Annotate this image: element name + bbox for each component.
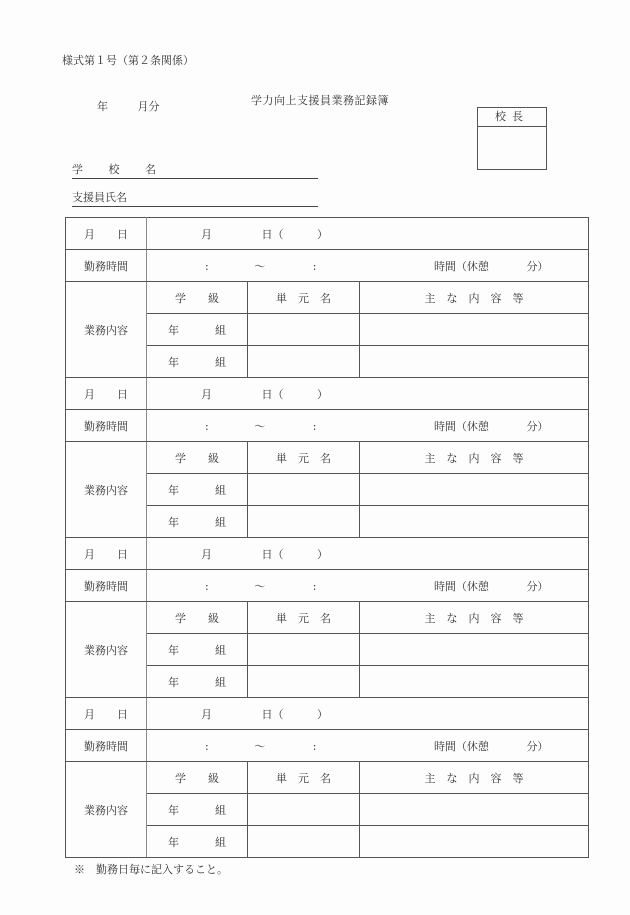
tilde: 〜: [254, 418, 265, 434]
day-unit: 日（: [262, 706, 284, 722]
principal-header: 校長: [478, 108, 546, 127]
main-content-header: 主 な 内 容 等: [360, 442, 589, 474]
school-name-field[interactable]: 学 校 名: [72, 162, 318, 179]
date-label: 月 日: [66, 698, 147, 730]
date-row: 月 日 月 日（ ）: [66, 698, 589, 730]
main-content-cell[interactable]: [360, 666, 589, 698]
work-hours-label: 勤務時間: [66, 410, 147, 442]
end-colon: :: [313, 580, 317, 593]
main-content-header: 主 な 内 容 等: [360, 602, 589, 634]
work-hours-value[interactable]: : 〜 : 時間（休憩 分）: [147, 570, 589, 602]
weekday-close: ）: [317, 546, 328, 562]
date-value[interactable]: 月 日（ ）: [147, 378, 589, 410]
date-label: 月 日: [66, 538, 147, 570]
year-unit: 年: [168, 516, 179, 529]
main-content-cell[interactable]: [360, 506, 589, 538]
tilde: 〜: [254, 258, 265, 274]
work-content-label: 業務内容: [66, 282, 147, 378]
main-content-header: 主 な 内 容 等: [360, 762, 589, 794]
year-label: 年: [97, 100, 108, 113]
minutes-label: 分）: [526, 738, 548, 754]
minutes-label: 分）: [526, 418, 548, 434]
form-number: 様式第１号（第２条関係）: [62, 52, 194, 68]
record-table: 月 日 月 日（ ） 勤務時間 : 〜 : 時間（休憩 分） 業務内容 学 級 …: [65, 217, 589, 858]
group-unit: 組: [215, 676, 226, 689]
content-header-row: 業務内容 学 級 単 元 名 主 な 内 容 等: [66, 602, 589, 634]
group-unit: 組: [215, 324, 226, 337]
year-unit: 年: [168, 676, 179, 689]
work-hours-label: 勤務時間: [66, 570, 147, 602]
date-label: 月 日: [66, 218, 147, 250]
year-unit: 年: [168, 836, 179, 849]
weekday-close: ）: [317, 386, 328, 402]
month-unit: 月: [201, 386, 212, 402]
document-title: 学力向上支援員業務記録簿: [251, 92, 389, 108]
weekday-close: ）: [317, 706, 328, 722]
work-content-label: 業務内容: [66, 602, 147, 698]
school-name-label: 学 校 名: [72, 163, 167, 176]
hours-row: 勤務時間 : 〜 : 時間（休憩 分）: [66, 730, 589, 762]
work-content-label: 業務内容: [66, 762, 147, 858]
unit-name-cell[interactable]: [248, 346, 360, 378]
class-cell[interactable]: 年組: [147, 314, 248, 346]
work-hours-value[interactable]: : 〜 : 時間（休憩 分）: [147, 250, 589, 282]
class-cell[interactable]: 年組: [147, 826, 248, 858]
unit-name-header: 単 元 名: [248, 762, 360, 794]
staff-name-label: 支援員氏名: [72, 191, 127, 204]
year-unit: 年: [168, 644, 179, 657]
work-hours-label: 勤務時間: [66, 730, 147, 762]
principal-approval-box: 校長: [477, 107, 547, 170]
main-content-cell[interactable]: [360, 794, 589, 826]
group-unit: 組: [215, 516, 226, 529]
class-header: 学 級: [147, 282, 248, 314]
main-content-cell[interactable]: [360, 314, 589, 346]
content-header-row: 業務内容 学 級 単 元 名 主 な 内 容 等: [66, 762, 589, 794]
date-value[interactable]: 月 日（ ）: [147, 538, 589, 570]
work-hours-label: 勤務時間: [66, 250, 147, 282]
group-unit: 組: [215, 356, 226, 369]
group-unit: 組: [215, 804, 226, 817]
class-cell[interactable]: 年組: [147, 634, 248, 666]
unit-name-header: 単 元 名: [248, 282, 360, 314]
class-header: 学 級: [147, 762, 248, 794]
day-unit: 日（: [262, 226, 284, 242]
hours-row: 勤務時間 : 〜 : 時間（休憩 分）: [66, 570, 589, 602]
unit-name-cell[interactable]: [248, 634, 360, 666]
month-unit: 月: [201, 546, 212, 562]
work-hours-value[interactable]: : 〜 : 時間（休憩 分）: [147, 730, 589, 762]
day-unit: 日（: [262, 546, 284, 562]
class-cell[interactable]: 年組: [147, 666, 248, 698]
work-content-label: 業務内容: [66, 442, 147, 538]
date-row: 月 日 月 日（ ）: [66, 218, 589, 250]
content-header-row: 業務内容 学 級 単 元 名 主 な 内 容 等: [66, 282, 589, 314]
main-content-cell[interactable]: [360, 826, 589, 858]
weekday-close: ）: [317, 226, 328, 242]
unit-name-cell[interactable]: [248, 506, 360, 538]
class-cell[interactable]: 年組: [147, 506, 248, 538]
unit-name-cell[interactable]: [248, 474, 360, 506]
class-header: 学 級: [147, 602, 248, 634]
main-content-cell[interactable]: [360, 474, 589, 506]
staff-name-field[interactable]: 支援員氏名: [72, 190, 318, 207]
main-content-cell[interactable]: [360, 634, 589, 666]
start-colon: :: [205, 580, 209, 593]
content-header-row: 業務内容 学 級 単 元 名 主 な 内 容 等: [66, 442, 589, 474]
unit-name-cell[interactable]: [248, 666, 360, 698]
work-hours-value[interactable]: : 〜 : 時間（休憩 分）: [147, 410, 589, 442]
start-colon: :: [205, 420, 209, 433]
hours-break-label: 時間（休憩: [434, 418, 489, 434]
hours-break-label: 時間（休憩: [434, 258, 489, 274]
month-label: 月分: [138, 100, 160, 113]
date-row: 月 日 月 日（ ）: [66, 378, 589, 410]
year-unit: 年: [168, 324, 179, 337]
hours-row: 勤務時間 : 〜 : 時間（休憩 分）: [66, 410, 589, 442]
group-unit: 組: [215, 836, 226, 849]
class-cell[interactable]: 年組: [147, 346, 248, 378]
group-unit: 組: [215, 644, 226, 657]
unit-name-cell[interactable]: [248, 794, 360, 826]
end-colon: :: [313, 260, 317, 273]
unit-name-cell[interactable]: [248, 314, 360, 346]
minutes-label: 分）: [526, 258, 548, 274]
end-colon: :: [313, 420, 317, 433]
start-colon: :: [205, 260, 209, 273]
class-cell[interactable]: 年組: [147, 794, 248, 826]
period-line: 年 月分: [97, 98, 160, 114]
unit-name-header: 単 元 名: [248, 442, 360, 474]
class-header: 学 級: [147, 442, 248, 474]
class-cell[interactable]: 年組: [147, 474, 248, 506]
date-row: 月 日 月 日（ ）: [66, 538, 589, 570]
start-colon: :: [205, 740, 209, 753]
year-unit: 年: [168, 484, 179, 497]
main-content-cell[interactable]: [360, 346, 589, 378]
footnote: ※ 勤務日毎に記入すること。: [74, 861, 228, 877]
minutes-label: 分）: [526, 578, 548, 594]
hours-row: 勤務時間 : 〜 : 時間（休憩 分）: [66, 250, 589, 282]
date-label: 月 日: [66, 378, 147, 410]
tilde: 〜: [254, 578, 265, 594]
hours-break-label: 時間（休憩: [434, 578, 489, 594]
year-unit: 年: [168, 804, 179, 817]
year-unit: 年: [168, 356, 179, 369]
tilde: 〜: [254, 738, 265, 754]
day-unit: 日（: [262, 386, 284, 402]
group-unit: 組: [215, 484, 226, 497]
date-value[interactable]: 月 日（ ）: [147, 218, 589, 250]
unit-name-cell[interactable]: [248, 826, 360, 858]
principal-seal-area[interactable]: [478, 127, 546, 170]
date-value[interactable]: 月 日（ ）: [147, 698, 589, 730]
month-unit: 月: [201, 226, 212, 242]
unit-name-header: 単 元 名: [248, 602, 360, 634]
main-content-header: 主 な 内 容 等: [360, 282, 589, 314]
end-colon: :: [313, 740, 317, 753]
month-unit: 月: [201, 706, 212, 722]
hours-break-label: 時間（休憩: [434, 738, 489, 754]
